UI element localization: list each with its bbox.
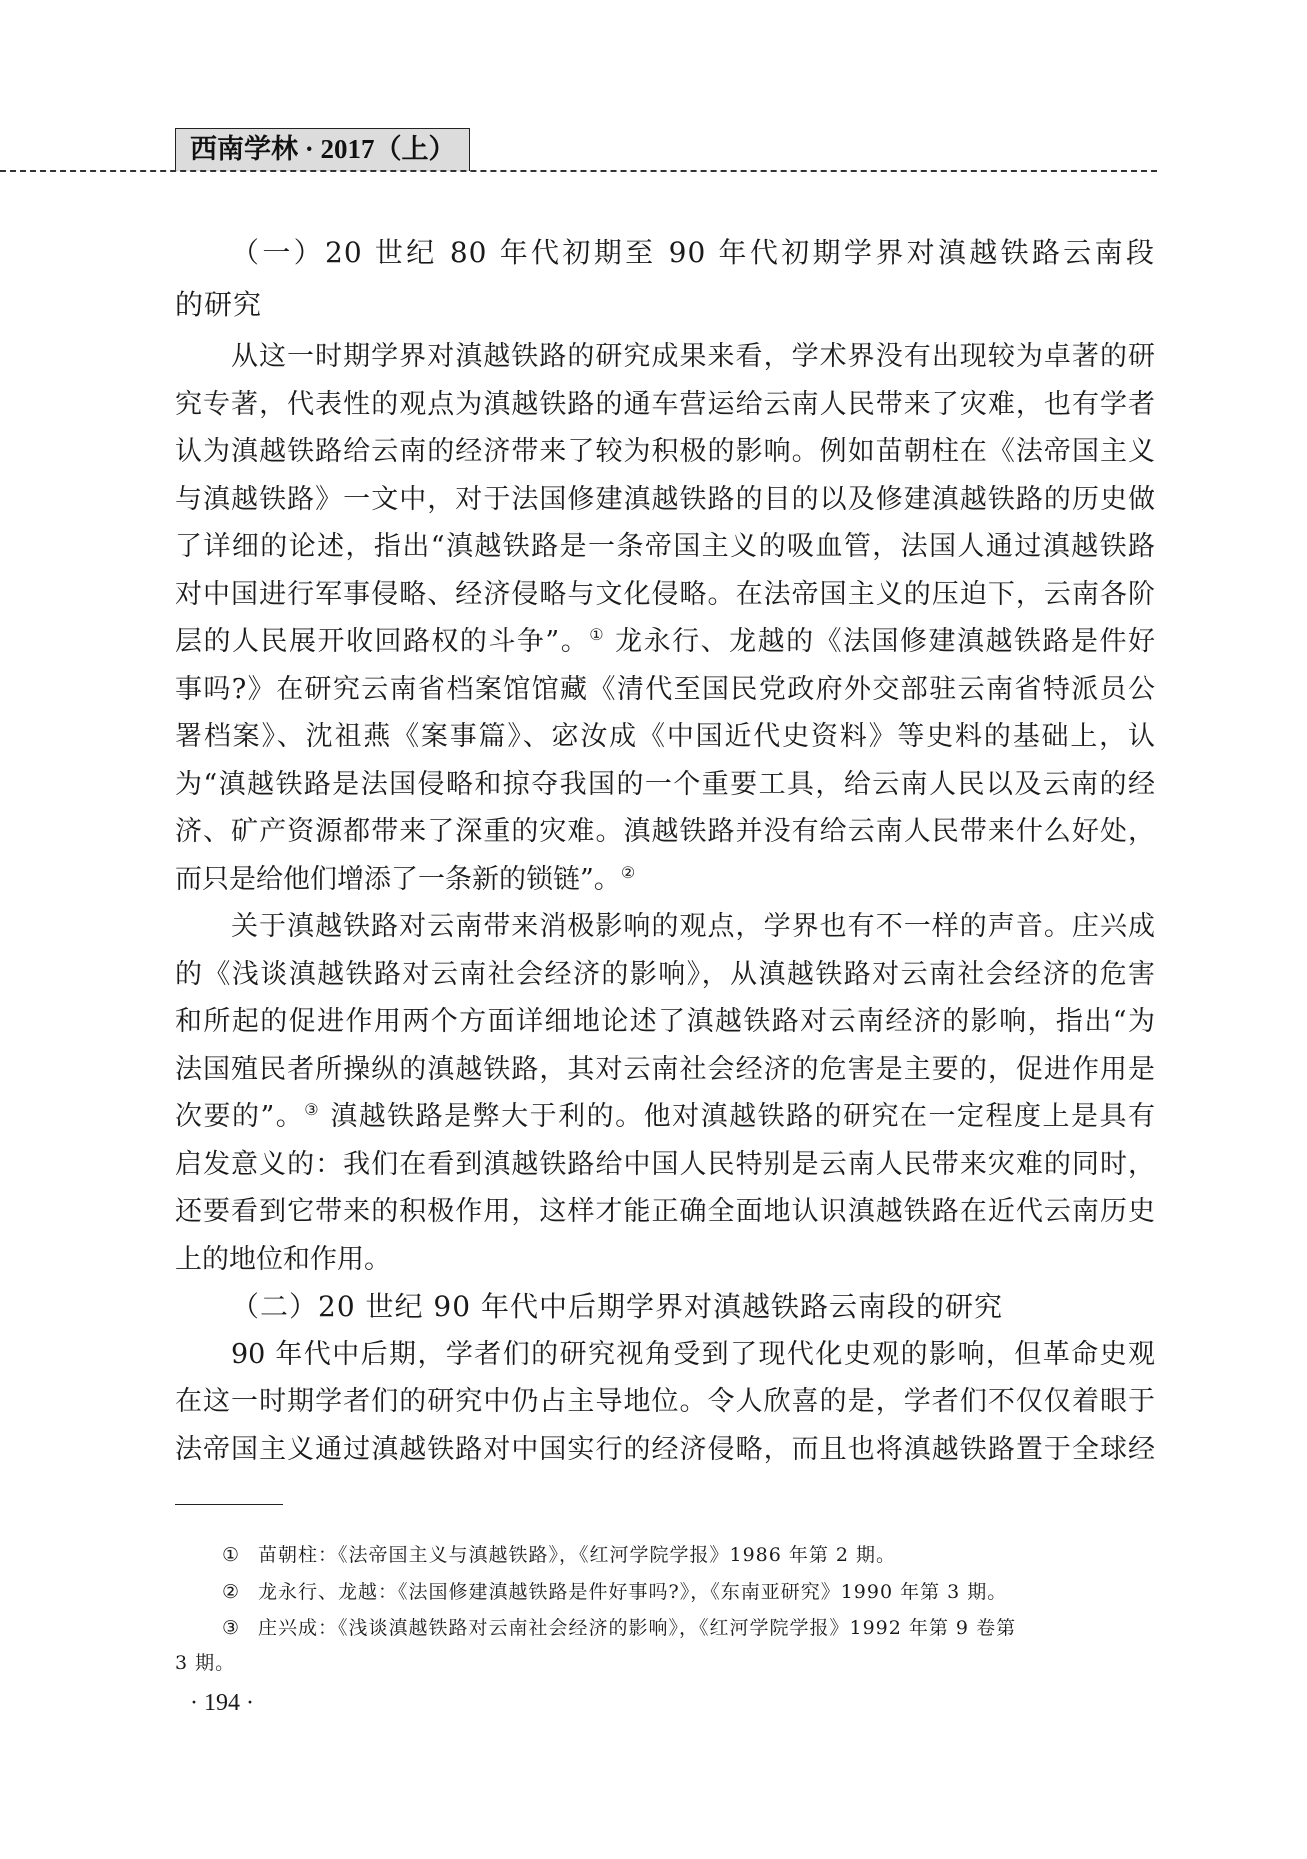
footnote-3: ③庄兴成：《浅谈滇越铁路对云南社会经济的影响》，《红河学院学报》1992 年第 … [222, 1613, 1155, 1643]
paragraph-line: 对中国进行军事侵略、经济侵略与文化侵略。在法帝国主义的压迫下，云南各阶 [175, 575, 1155, 615]
footnote-ref-3[interactable]: ③ [304, 1100, 320, 1119]
page-number: · 194 · [190, 1686, 254, 1720]
paragraph-line: 上的地位和作用。 [175, 1240, 1155, 1280]
footnote-number: ② [222, 1577, 258, 1607]
paragraph-line-with-footnote: 层的人民展开收回路权的斗争”。① 龙永行、龙越的《法国修建滇越铁路是件好 [175, 622, 1155, 662]
paragraph-line: 事吗?》在研究云南省档案馆馆藏《清代至国民党政府外交部驻云南省特派员公 [175, 670, 1155, 710]
paragraph-line: 了详细的论述，指出“滇越铁路是一条帝国主义的吸血管，法国人通过滇越铁路 [175, 527, 1155, 567]
section-heading-2: （二）20 世纪 90 年代中后期学界对滇越铁路云南段的研究 [231, 1287, 1155, 1327]
paragraph-line-with-footnote: 而只是给他们增添了一条新的锁链”。② [175, 860, 1155, 900]
section-heading-1-line-2: 的研究 [175, 285, 1155, 325]
footnote-separator [175, 1504, 283, 1505]
paragraph-line: 在这一时期学者们的研究中仍占主导地位。令人欣喜的是，学者们不仅仅着眼于 [175, 1382, 1155, 1422]
footnote-text: 苗朝柱：《法帝国主义与滇越铁路》，《红河学院学报》1986 年第 2 期。 [258, 1544, 896, 1566]
paragraph-line: 为“滇越铁路是法国侵略和掠夺我国的一个重要工具，给云南人民以及云南的经 [175, 765, 1155, 805]
paragraph-line: 还要看到它带来的积极作用，这样才能正确全面地认识滇越铁路在近代云南历史 [175, 1192, 1155, 1232]
paragraph-line: 法帝国主义通过滇越铁路对中国实行的经济侵略，而且也将滇越铁路置于全球经 [175, 1430, 1155, 1470]
paragraph-line: 法国殖民者所操纵的滇越铁路，其对云南社会经济的危害是主要的，促进作用是 [175, 1050, 1155, 1090]
section-heading-1-line-1: （一）20 世纪 80 年代初期至 90 年代初期学界对滇越铁路云南段 [231, 233, 1155, 273]
footnote-ref-1[interactable]: ① [589, 625, 605, 644]
footnote-2: ②龙永行、龙越：《法国修建滇越铁路是件好事吗?》，《东南亚研究》1990 年第 … [222, 1577, 1155, 1607]
paragraph-line: 的《浅谈滇越铁路对云南社会经济的影响》，从滇越铁路对云南社会经济的危害 [175, 955, 1155, 995]
running-header: 西南学林 · 2017（上） [175, 128, 470, 171]
header-dashed-rule [0, 170, 1157, 172]
paragraph-line-with-footnote: 次要的”。③ 滇越铁路是弊大于利的。他对滇越铁路的研究在一定程度上是具有 [175, 1097, 1155, 1137]
paragraph-line: 署档案》、沈祖燕《案事篇》、宓汝成《中国近代史资料》等史料的基础上，认 [175, 717, 1155, 757]
paragraph-line: 启发意义的：我们在看到滇越铁路给中国人民特别是云南人民带来灾难的同时， [175, 1145, 1155, 1185]
paragraph-line: 认为滇越铁路给云南的经济带来了较为积极的影响。例如苗朝柱在《法帝国主义 [175, 432, 1155, 472]
paragraph-line: 与滇越铁路》一文中，对于法国修建滇越铁路的目的以及修建滇越铁路的历史做 [175, 480, 1155, 520]
footnote-ref-2[interactable]: ② [621, 863, 635, 882]
journal-title: 西南学林 · 2017（上） [190, 134, 456, 164]
footnote-number: ① [222, 1540, 258, 1570]
paragraph-line: 和所起的促进作用两个方面详细地论述了滇越铁路对云南经济的影响，指出“为 [175, 1002, 1155, 1042]
paragraph-line: 究专著，代表性的观点为滇越铁路的通车营运给云南人民带来了灾难，也有学者 [175, 385, 1155, 425]
footnote-text: 庄兴成：《浅谈滇越铁路对云南社会经济的影响》，《红河学院学报》1992 年第 9… [258, 1617, 1016, 1639]
paragraph-line: 90 年代中后期，学者们的研究视角受到了现代化史观的影响，但革命史观 [231, 1335, 1155, 1375]
paragraph-line: 从这一时期学界对滇越铁路的研究成果来看，学术界没有出现较为卓著的研 [231, 337, 1155, 377]
paragraph-line: 济、矿产资源都带来了深重的灾难。滇越铁路并没有给云南人民带来什么好处， [175, 812, 1155, 852]
paragraph-line: 关于滇越铁路对云南带来消极影响的观点，学界也有不一样的声音。庄兴成 [231, 907, 1155, 947]
footnote-1: ①苗朝柱：《法帝国主义与滇越铁路》，《红河学院学报》1986 年第 2 期。 [222, 1540, 1155, 1570]
footnote-number: ③ [222, 1613, 258, 1643]
footnote-text: 龙永行、龙越：《法国修建滇越铁路是件好事吗?》，《东南亚研究》1990 年第 3… [258, 1581, 1007, 1603]
footnote-3-continuation: 3 期。 [175, 1648, 1108, 1678]
